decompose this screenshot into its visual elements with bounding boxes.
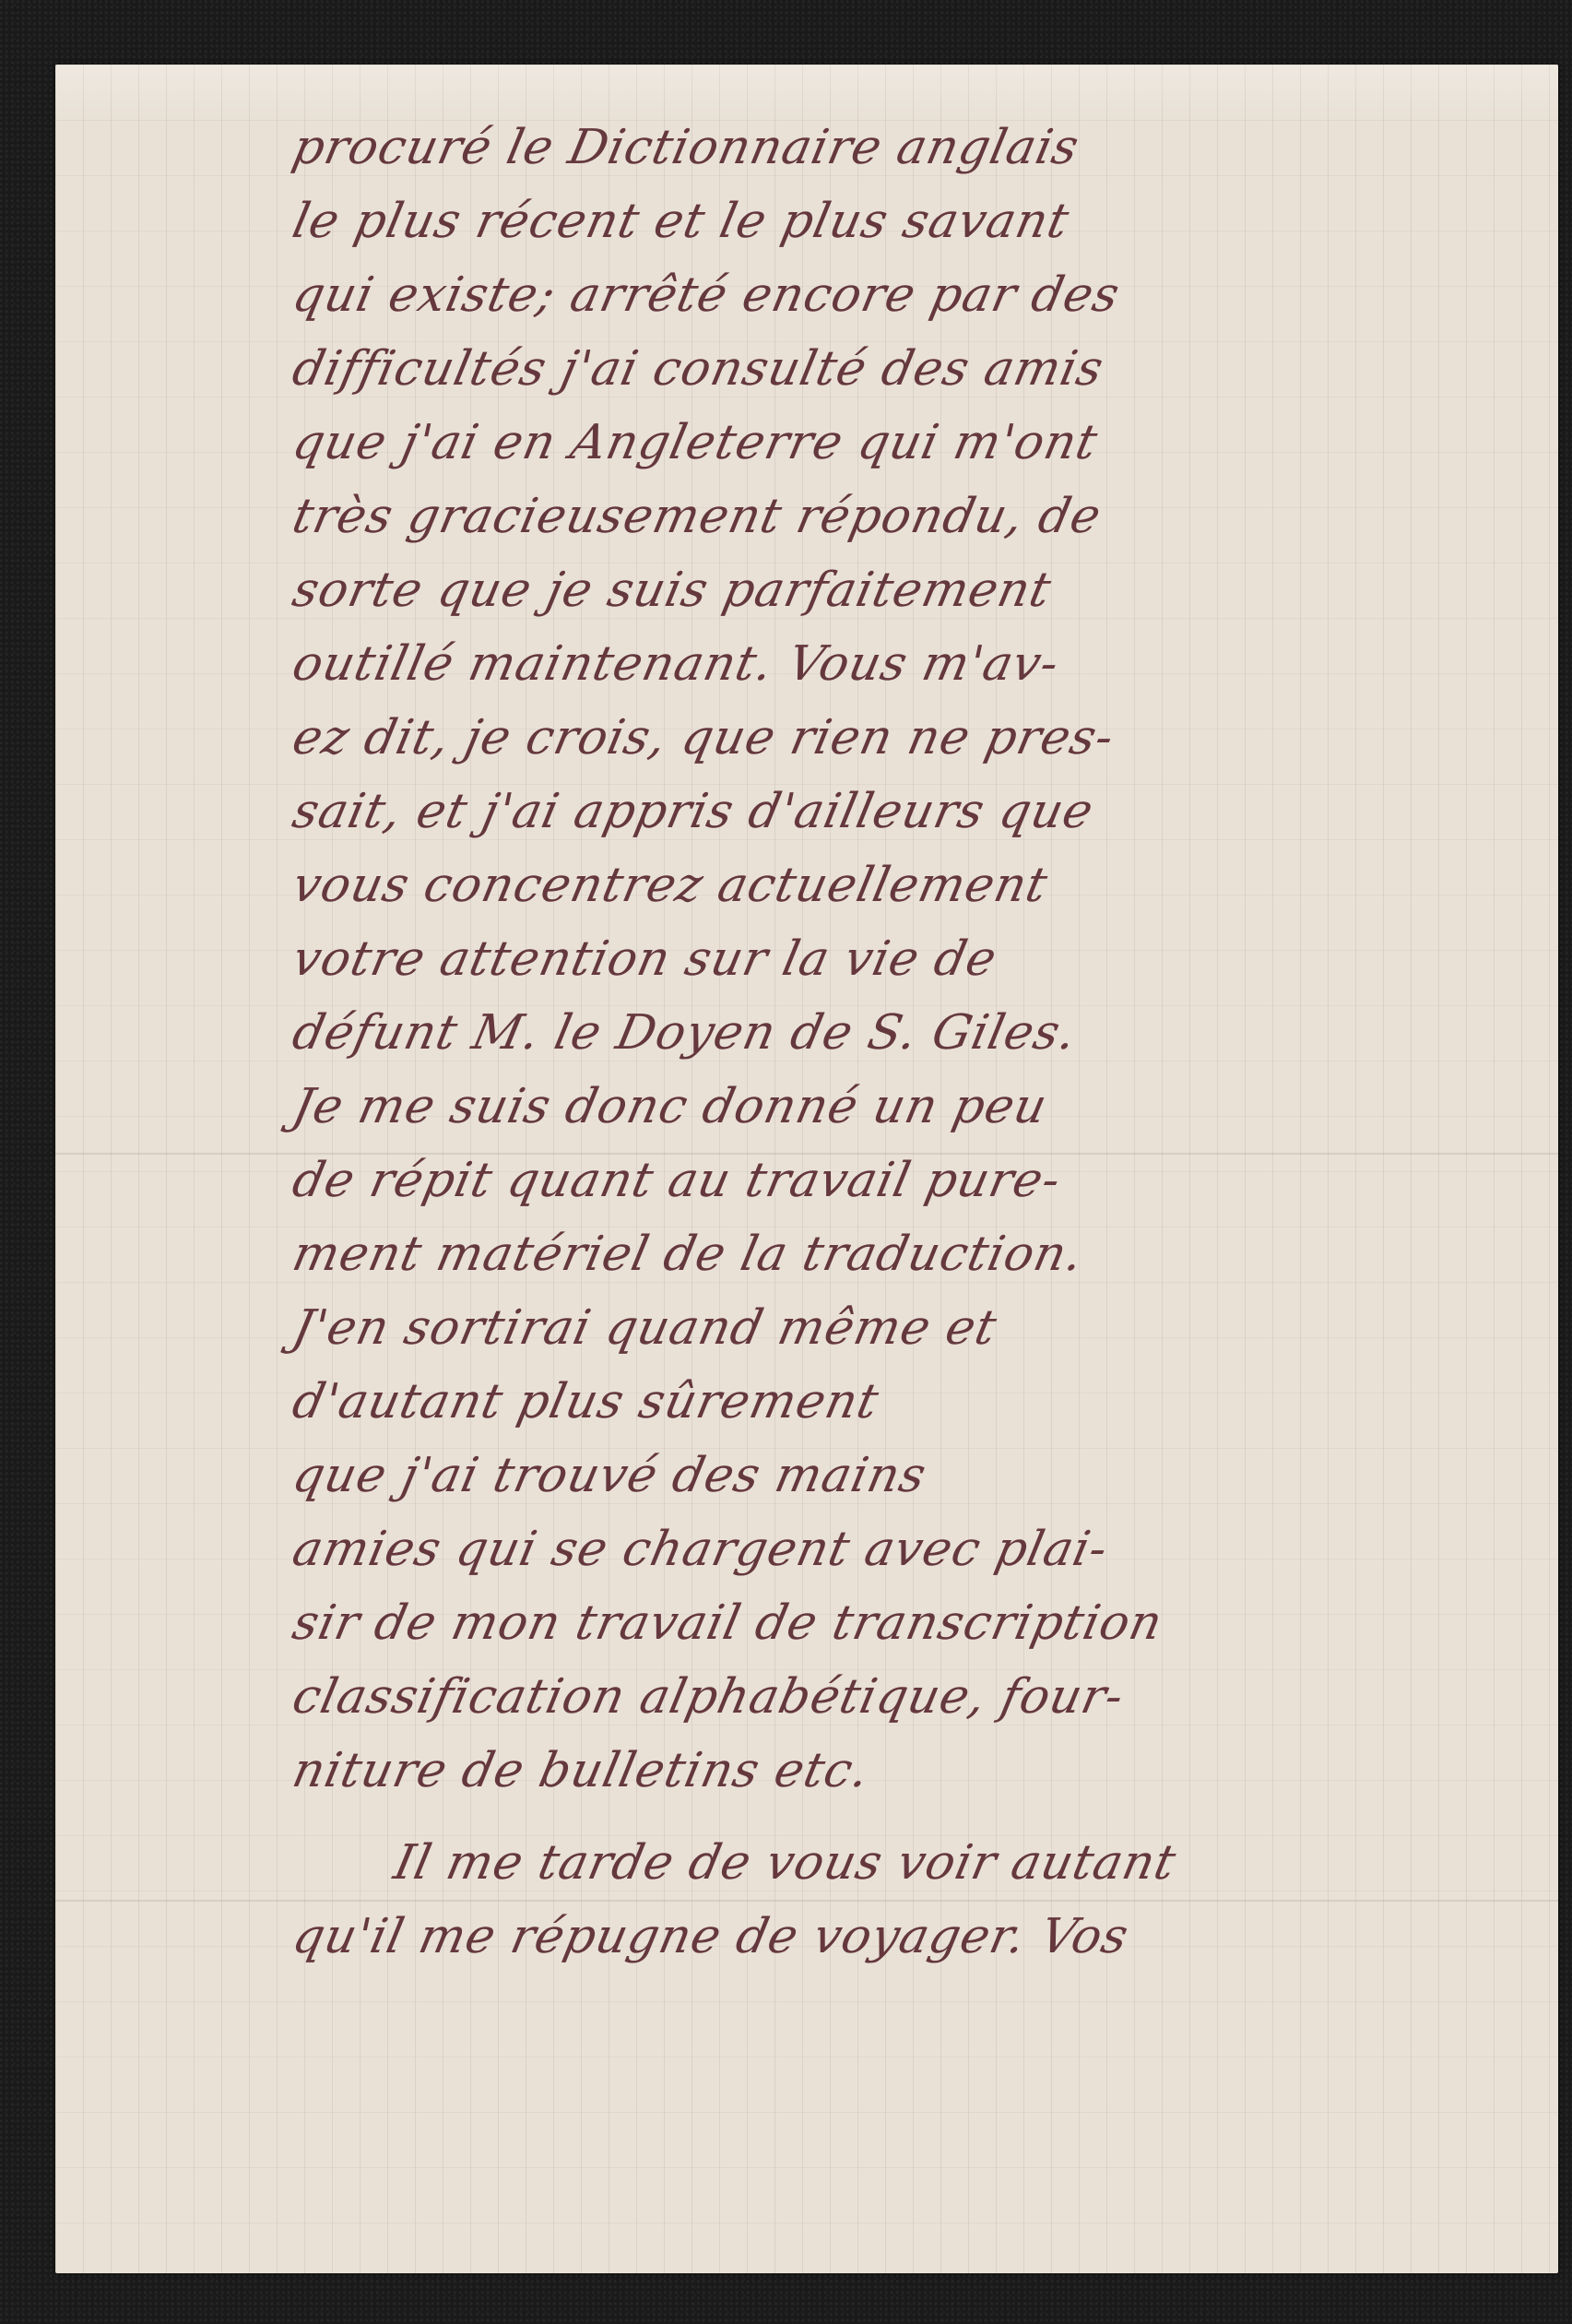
text-line: outillé maintenant. Vous m'av- — [286, 627, 1519, 701]
text-line: classification alphabétique, four- — [286, 1660, 1519, 1734]
text-line: amies qui se chargent avec plai- — [286, 1512, 1519, 1586]
text-line: qui existe; arrêté encore par des — [286, 258, 1519, 332]
text-line: niture de bulletins etc. — [286, 1734, 1519, 1808]
text-line: défunt M. le Doyen de S. Giles. — [286, 996, 1519, 1070]
text-line: difficultés j'ai consulté des amis — [286, 332, 1519, 406]
text-line: vous concentrez actuellement — [286, 848, 1519, 922]
letter-page: procuré le Dictionnaire anglais le plus … — [55, 65, 1558, 2273]
text-line: procuré le Dictionnaire anglais — [286, 111, 1519, 184]
text-line-paragraph-start: Il me tarde de vous voir autant — [286, 1826, 1519, 1900]
text-line: que j'ai trouvé des mains — [286, 1439, 1519, 1512]
text-line: de répit quant au travail pure- — [286, 1144, 1519, 1217]
text-line: que j'ai en Angleterre qui m'ont — [286, 406, 1519, 480]
text-line: d'autant plus sûrement — [286, 1365, 1519, 1439]
text-line: très gracieusement répondu, de — [286, 480, 1519, 553]
text-line: ez dit, je crois, que rien ne pres- — [286, 701, 1519, 775]
text-line: sorte que je suis parfaitement — [286, 553, 1519, 627]
text-line: le plus récent et le plus savant — [286, 184, 1519, 258]
text-line: votre attention sur la vie de — [286, 922, 1519, 996]
text-line: qu'il me répugne de voyager. Vos — [286, 1900, 1519, 1974]
text-line: Je me suis donc donné un peu — [286, 1070, 1519, 1144]
text-line: ment matériel de la traduction. — [286, 1217, 1519, 1291]
handwritten-text: procuré le Dictionnaire anglais le plus … — [286, 111, 1503, 1974]
text-line: sir de mon travail de transcription — [286, 1586, 1519, 1660]
text-line: sait, et j'ai appris d'ailleurs que — [286, 775, 1519, 848]
text-line: J'en sortirai quand même et — [286, 1291, 1519, 1365]
